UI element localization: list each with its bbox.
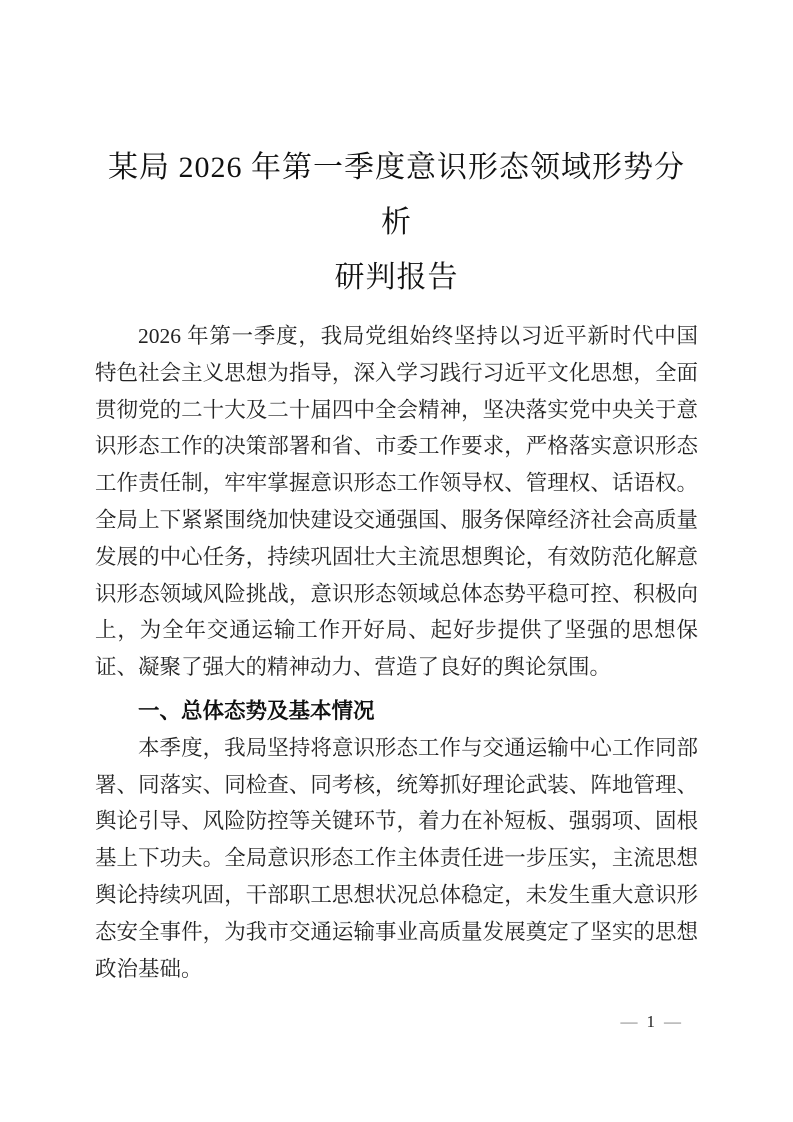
document-title: 某局 2026 年第一季度意识形态领域形势分析 研判报告 [95, 140, 698, 305]
page-number: 1 [638, 1012, 665, 1031]
footer-right-dash: — [664, 1012, 681, 1031]
section-1-heading: 一、总体态势及基本情况 [95, 693, 698, 730]
section-1-paragraph: 本季度，我局坚持将意识形态工作与交通运输中心工作同部署、同落实、同检查、同考核，… [95, 730, 698, 988]
footer-left-dash: — [621, 1012, 638, 1031]
document-title-line-2: 研判报告 [95, 250, 698, 305]
document-title-line-1: 某局 2026 年第一季度意识形态领域形势分析 [95, 140, 698, 250]
document-page: 某局 2026 年第一季度意识形态领域形势分析 研判报告 2026 年第一季度，… [0, 0, 793, 1122]
page-footer: —1— [621, 1012, 682, 1032]
intro-paragraph: 2026 年第一季度，我局党组始终坚持以习近平新时代中国特色社会主义思想为指导，… [95, 318, 698, 686]
